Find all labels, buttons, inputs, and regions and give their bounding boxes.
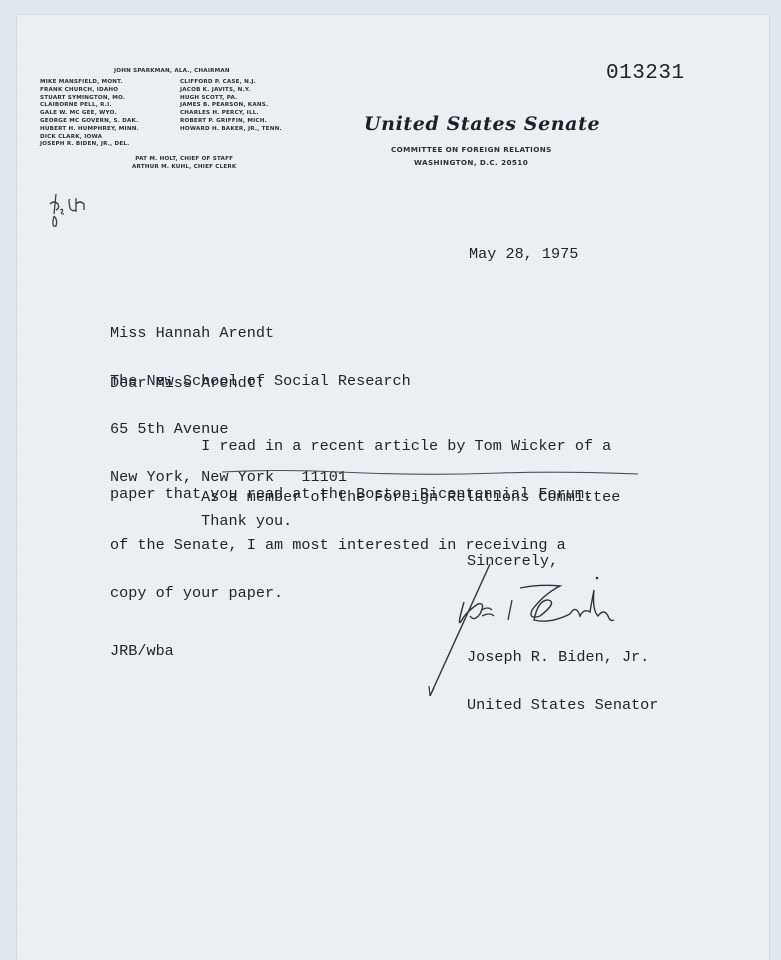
thanks-line: Thank you. xyxy=(110,513,292,529)
handwritten-note xyxy=(48,190,98,240)
salutation: Dear Miss Arendt: xyxy=(110,375,265,391)
member-name: CHARLES H. PERCY, ILL. xyxy=(180,110,282,118)
signer-name: Joseph R. Biden, Jr. xyxy=(467,649,658,665)
member-name: MIKE MANSFIELD, MONT. xyxy=(40,79,139,87)
body-line: As a member of the Foreign Relations Com… xyxy=(110,489,620,505)
member-name: HOWARD H. BAKER, JR., TENN. xyxy=(180,126,282,134)
member-name: JACOB K. JAVITS, N.Y. xyxy=(180,87,282,95)
letterhead-title: United States Senate xyxy=(364,113,600,135)
letterhead-members-right: CLIFFORD P. CASE, N.J. JACOB K. JAVITS, … xyxy=(180,79,282,134)
letterhead-staff: PAT M. HOLT, CHIEF OF STAFF ARTHUR M. KU… xyxy=(132,156,236,172)
reference-initials: JRB/wba xyxy=(110,643,174,659)
letter-date: May 28, 1975 xyxy=(469,246,578,262)
body-line: of the Senate, I am most interested in r… xyxy=(110,537,620,553)
letterhead-committee: COMMITTEE ON FOREIGN RELATIONS xyxy=(391,145,552,154)
member-name: HUGH SCOTT, PA. xyxy=(180,95,282,103)
member-name: GEORGE MC GOVERN, S. DAK. xyxy=(40,118,139,126)
signer-title: United States Senator xyxy=(467,697,658,713)
member-name: STUART SYMINGTON, MO. xyxy=(40,95,139,103)
member-name: DICK CLARK, IOWA xyxy=(40,134,139,142)
member-name: CLAIBORNE PELL, R.I. xyxy=(40,102,139,110)
staff-name: ARTHUR M. KUHL, CHIEF CLERK xyxy=(132,164,236,172)
letterhead-chairman: JOHN SPARKMAN, ALA., CHAIRMAN xyxy=(114,68,230,76)
staff-name: PAT M. HOLT, CHIEF OF STAFF xyxy=(132,156,236,164)
member-name: JOSEPH R. BIDEN, JR., DEL. xyxy=(40,141,139,149)
member-name: CLIFFORD P. CASE, N.J. xyxy=(180,79,282,87)
member-name: GALE W. MC GEE, WYO. xyxy=(40,110,139,118)
member-name: FRANK CHURCH, IDAHO xyxy=(40,87,139,95)
member-name: ROBERT P. GRIFFIN, MICH. xyxy=(180,118,282,126)
letterhead-address: WASHINGTON, D.C. 20510 xyxy=(414,158,528,167)
serial-number: 013231 xyxy=(606,62,685,85)
recipient-line: Miss Hannah Arendt xyxy=(110,325,411,341)
letterhead-members-left: MIKE MANSFIELD, MONT. FRANK CHURCH, IDAH… xyxy=(40,79,139,149)
handwritten-underline xyxy=(220,464,640,480)
member-name: JAMES B. PEARSON, KANS. xyxy=(180,102,282,110)
signer-block: Joseph R. Biden, Jr. United States Senat… xyxy=(467,617,658,729)
body-line: I read in a recent article by Tom Wicker… xyxy=(110,438,611,454)
handwritten-scribble-icon xyxy=(48,190,98,235)
member-name: HUBERT H. HUMPHREY, MINN. xyxy=(40,126,139,134)
